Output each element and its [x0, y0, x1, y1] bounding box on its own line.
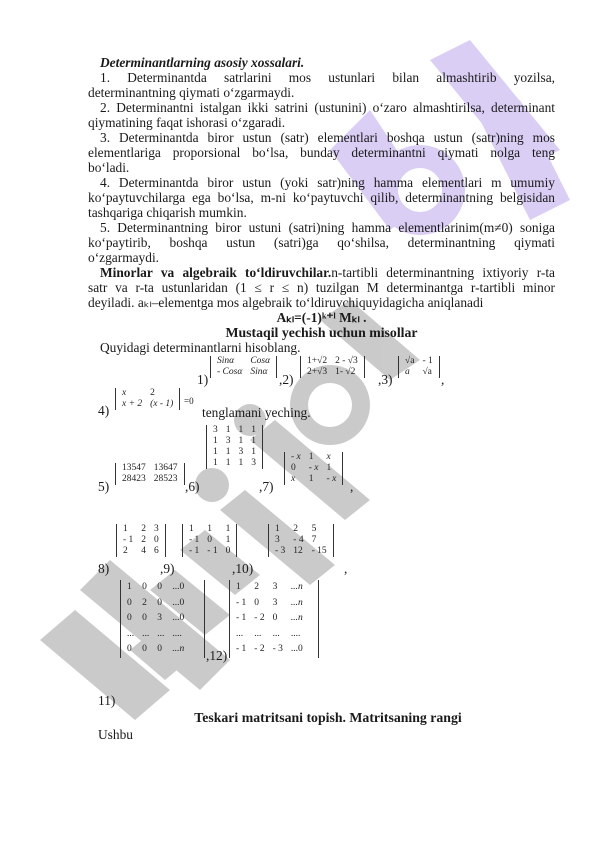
matrix-cell: 7: [308, 535, 331, 546]
property-3-line3: bo‘ladi.: [88, 160, 555, 175]
exercise-8-label: 8): [98, 561, 109, 577]
property-3-line1: 3. Determinantda biror ustun (satr) elem…: [88, 130, 555, 145]
matrix-cell: √a: [418, 367, 436, 378]
matrix-cell: x + 2: [118, 399, 146, 410]
matrix-cell: 2: [138, 596, 153, 612]
matrix-cell: 1: [222, 524, 235, 535]
matrix-cell: (x - 1): [146, 399, 177, 410]
matrix-cell: - x: [323, 474, 341, 485]
matrix-cell: 0: [150, 535, 163, 546]
minors-line2: satr va r-ta ustunlaridan (1 ≤ r ≤ n) tu…: [88, 280, 555, 295]
property-2-line2: qiymatining faqat ishorasi o‘zgaradi.: [88, 115, 555, 130]
matrix-cell: 1: [119, 524, 137, 535]
matrix-cell: x: [287, 474, 305, 485]
matrix-cell: 1: [305, 452, 323, 463]
matrix-cell: 3: [209, 425, 222, 436]
matrix-cell: 13547: [118, 463, 150, 474]
exercise-2-label: ,2): [279, 372, 294, 388]
matrix-cell: - 4: [289, 535, 307, 546]
exercise-5-label: 5): [98, 479, 109, 495]
matrix-cell: 2: [146, 388, 177, 399]
matrix-cell: 1: [222, 447, 235, 458]
matrix-cell: 4: [137, 546, 150, 557]
matrix-cell: 0: [250, 596, 268, 612]
exercise-1-label: 1): [197, 372, 208, 388]
matrix-cell: Cosα: [246, 356, 274, 367]
property-4-line1: 4. Determinantda biror ustun (yoki satr)…: [88, 175, 555, 190]
matrix-cell: a: [401, 367, 418, 378]
determinant-10: 1253- 47- 312- 15: [268, 524, 334, 557]
matrix-cell: - 15: [308, 546, 331, 557]
matrix-cell: 1: [247, 447, 260, 458]
exercises-title: Mustaqil yechish uchun misollar: [88, 325, 555, 340]
matrix-cell: - Cosα: [213, 367, 246, 378]
matrix-cell: ....: [168, 627, 188, 643]
matrix-cell: 0: [123, 596, 138, 612]
matrix-cell: Sinα: [246, 367, 274, 378]
matrix-cell: - x: [287, 452, 305, 463]
matrix-cell: 12: [289, 546, 307, 557]
determinant-11: 100...0020...0003...0.............000...…: [120, 580, 190, 658]
matrix-cell: 5: [308, 524, 331, 535]
minors-line1: Minorlar va algebraik to‘ldiruvchilar.n-…: [88, 265, 555, 280]
property-1-line1: 1. Determinantda satrlarini mos ustunlar…: [88, 70, 555, 85]
matrix-cell: - 1: [119, 535, 137, 546]
exercise-9-label: ,9): [160, 561, 175, 577]
matrix-cell: 2: [289, 524, 307, 535]
matrix-cell: ...0: [168, 596, 188, 612]
matrix-cell: ...n: [287, 580, 307, 596]
matrix-cell: 3: [150, 524, 163, 535]
exercise-6-label: ,6): [185, 479, 200, 495]
property-3-line2: elementlariga proporsional bo‘lsa, bunda…: [88, 145, 555, 160]
matrix-cell: - 2: [250, 642, 268, 658]
document-page: Determinantlarning asosiy xossalari. 1. …: [0, 0, 596, 842]
matrix-cell: 3: [153, 611, 168, 627]
matrix-cell: - 1: [232, 642, 250, 658]
matrix-cell: 2: [250, 580, 268, 596]
matrix-cell: 0: [222, 546, 235, 557]
matrix-cell: 1: [209, 458, 222, 469]
determinant-6: 3111131111311113: [206, 425, 263, 469]
matrix-cell: - 1: [185, 535, 203, 546]
determinant-12-right-bar: [318, 580, 319, 658]
matrix-cell: 0: [123, 611, 138, 627]
section-heading: Determinantlarning asosiy xossalari.: [88, 55, 555, 70]
matrix-cell: 1: [247, 436, 260, 447]
matrix-cell: ....: [287, 627, 307, 643]
matrix-cell: 3: [247, 458, 260, 469]
determinant-1: SinαCosα- CosαSinα: [210, 356, 277, 378]
matrix-cell: 0: [269, 611, 287, 627]
matrix-cell: 3: [222, 436, 235, 447]
minors-title: Minorlar va algebraik to‘ldiruvchilar.: [100, 265, 331, 280]
determinant-3: √a- 1a√a: [398, 356, 440, 378]
matrix-cell: 1: [222, 425, 235, 436]
matrix-cell: 1+√2: [303, 356, 331, 367]
determinant-8: 123- 120246: [116, 524, 166, 557]
matrix-cell: ...0: [168, 611, 188, 627]
minors-text: n-tartibli determinantning ixtiyoriy r-t…: [331, 265, 555, 280]
matrix-cell: - 2: [250, 611, 268, 627]
determinant-9: 111- 101- 1- 10: [182, 524, 237, 557]
determinant-7: - x1x0- x1x1- x: [284, 452, 343, 485]
matrix-cell: x: [323, 452, 341, 463]
matrix-cell: 28423: [118, 474, 150, 485]
matrix-cell: 3: [271, 535, 289, 546]
matrix-cell: 2: [137, 524, 150, 535]
matrix-cell: 13647: [150, 463, 182, 474]
matrix-cell: 1: [209, 436, 222, 447]
matrix-cell: ...n: [168, 642, 188, 658]
matrix-cell: - 1: [418, 356, 436, 367]
determinant-11-right-bar: [204, 580, 205, 658]
exercise-4-text: tenglamani yeching.: [202, 405, 311, 421]
property-1-line2: determinantning qiymati o‘zgarmaydi.: [88, 85, 555, 100]
matrix-cell: 0: [153, 642, 168, 658]
matrix-cell: 1: [323, 463, 341, 474]
determinant-4: x2x + 2(x - 1): [115, 388, 180, 410]
matrix-cell: 0: [138, 580, 153, 596]
matrix-cell: 1: [235, 458, 248, 469]
property-4-line2: ko‘paytuvchilarga ega bo‘lsa, m-ni ko‘pa…: [88, 190, 555, 205]
property-5-line2: ko‘paytirib, boshqa ustun (satri)ga qo‘s…: [88, 235, 555, 250]
matrix-cell: ...: [123, 627, 138, 643]
matrix-cell: 1: [222, 458, 235, 469]
exercise-11-label: 11): [98, 693, 115, 709]
determinant-2: 1+√22 - √32+√31- √2: [300, 356, 365, 378]
next-section-title: Teskari matritsani topish. Matritsaning …: [88, 710, 568, 725]
matrix-cell: ...n: [287, 596, 307, 612]
matrix-cell: 1: [305, 474, 323, 485]
matrix-cell: 2: [119, 546, 137, 557]
matrix-cell: - 1: [185, 546, 203, 557]
matrix-cell: 0: [287, 463, 305, 474]
comma: ,: [344, 561, 347, 577]
matrix-cell: 1- √2: [331, 367, 362, 378]
matrix-cell: - 1: [232, 596, 250, 612]
property-2-line1: 2. Determinantni istalgan ikki satrini (…: [88, 100, 555, 115]
matrix-cell: Sinα: [213, 356, 246, 367]
matrix-cell: 1: [247, 425, 260, 436]
matrix-cell: 0: [203, 535, 221, 546]
matrix-cell: ...0: [287, 642, 307, 658]
property-5-line1: 5. Determinantning biror ustuni (satri)n…: [88, 220, 555, 235]
matrix-cell: 2 - √3: [331, 356, 362, 367]
algebraic-complement-formula: Aₖₗ=(-1)ᵏ⁺ˡ Mₖₗ .: [88, 310, 555, 325]
determinant-12: 123...n- 103...n- 1- 20...n.............…: [229, 580, 309, 658]
matrix-cell: ...: [250, 627, 268, 643]
minors-line3: deyiladi. aₖₗ–elementga mos algebraik to…: [88, 295, 555, 310]
exercise-10-label: ,10): [232, 561, 253, 577]
matrix-cell: 1: [123, 580, 138, 596]
matrix-cell: 3: [269, 596, 287, 612]
determinant-5: 13547136472842328523: [115, 463, 185, 485]
matrix-cell: 1: [222, 535, 235, 546]
matrix-cell: 0: [153, 596, 168, 612]
matrix-cell: ...0: [168, 580, 188, 596]
comma: ,: [441, 372, 444, 388]
exercise-4-label: 4): [98, 403, 109, 419]
exercises-intro: Quyidagi determinantlarni hisoblang.: [88, 340, 555, 355]
comma: ,: [350, 479, 353, 495]
matrix-cell: 6: [150, 546, 163, 557]
matrix-cell: 1: [232, 580, 250, 596]
matrix-cell: 28523: [150, 474, 182, 485]
matrix-cell: 0: [138, 611, 153, 627]
matrix-cell: ...: [232, 627, 250, 643]
matrix-cell: 1: [185, 524, 203, 535]
matrix-cell: - x: [305, 463, 323, 474]
matrix-cell: ...: [269, 627, 287, 643]
next-section-start: Ushbu: [98, 727, 565, 742]
exercise-12-label: ,12): [206, 648, 227, 664]
matrix-cell: 0: [138, 642, 153, 658]
exercise-7-label: ,7): [259, 479, 274, 495]
exercise-3-label: ,3): [378, 372, 393, 388]
matrix-cell: x: [118, 388, 146, 399]
matrix-cell: 2+√3: [303, 367, 331, 378]
matrix-cell: 2: [137, 535, 150, 546]
matrix-cell: ...: [138, 627, 153, 643]
matrix-cell: 0: [123, 642, 138, 658]
equals-zero: =0: [184, 396, 194, 406]
matrix-cell: 1: [235, 436, 248, 447]
matrix-cell: √a: [401, 356, 418, 367]
matrix-cell: - 1: [232, 611, 250, 627]
property-4-line3: tashqariga chiqarish mumkin.: [88, 205, 555, 220]
matrix-cell: 3: [235, 447, 248, 458]
property-5-line3: o‘zgarmaydi.: [88, 250, 555, 265]
matrix-cell: ...n: [287, 611, 307, 627]
matrix-cell: - 3: [269, 642, 287, 658]
matrix-cell: 1: [203, 524, 221, 535]
matrix-cell: 0: [153, 580, 168, 596]
matrix-cell: 1: [235, 425, 248, 436]
matrix-cell: 1: [271, 524, 289, 535]
matrix-cell: - 1: [203, 546, 221, 557]
matrix-cell: 3: [269, 580, 287, 596]
matrix-cell: ...: [153, 627, 168, 643]
matrix-cell: 1: [209, 447, 222, 458]
matrix-cell: - 3: [271, 546, 289, 557]
